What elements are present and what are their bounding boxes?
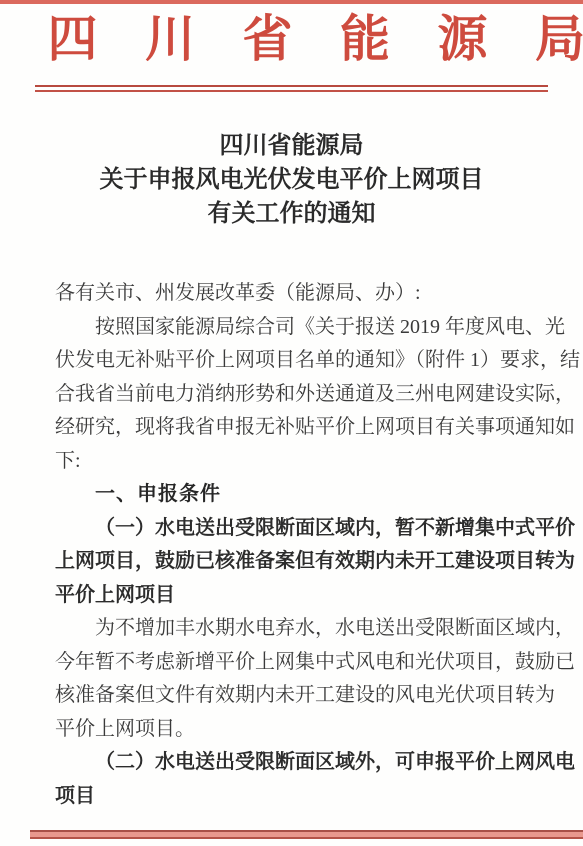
subsection-1-heading-line: 上网项目，鼓励已核准备案但有效期内未开工建设项目转为 bbox=[55, 545, 535, 579]
paragraph-line: 核准备案但文件有效期内未开工建设的风电光伏项目转为 bbox=[55, 679, 535, 713]
paragraph-line: 伏发电无补贴平价上网项目名单的通知》（附件 1）要求，结 bbox=[55, 344, 535, 378]
subsection-2-heading-line: 项目 bbox=[55, 780, 535, 814]
document-body: 各有关市、州发展改革委（能源局、办）: 按照国家能源局综合司《关于报送 2019… bbox=[55, 277, 535, 813]
document-title: 四川省能源局 关于申报风电光伏发电平价上网项目 有关工作的通知 bbox=[0, 129, 583, 231]
top-edge-red-strip bbox=[0, 0, 583, 4]
document-title-line-1: 四川省能源局 bbox=[0, 129, 583, 163]
section-heading: 一、申报条件 bbox=[55, 478, 535, 512]
subsection-1-heading-line: （一）水电送出受限断面区域内，暂不新增集中式平价 bbox=[55, 512, 535, 546]
paragraph-line: 按照国家能源局综合司《关于报送 2019 年度风电、光 bbox=[55, 311, 535, 345]
official-document-page: 四川省能源局 四川省能源局 关于申报风电光伏发电平价上网项目 有关工作的通知 各… bbox=[0, 0, 583, 846]
paragraph-line: 经研究，现将我省申报无补贴平价上网项目有关事项通知如 bbox=[55, 411, 535, 445]
paragraph-line: 今年暂不考虑新增平价上网集中式风电和光伏项目，鼓励已 bbox=[55, 646, 535, 680]
salutation-line: 各有关市、州发展改革委（能源局、办）: bbox=[55, 277, 535, 311]
document-title-line-3: 有关工作的通知 bbox=[0, 197, 583, 231]
subsection-1-heading-line: 平价上网项目 bbox=[55, 579, 535, 613]
paragraph-line: 平价上网项目。 bbox=[55, 713, 535, 747]
document-title-line-2: 关于申报风电光伏发电平价上网项目 bbox=[0, 163, 583, 197]
letterhead-agency-name: 四川省能源局 bbox=[0, 8, 583, 70]
letterhead-double-rule bbox=[35, 85, 548, 92]
subsection-2-heading-line: （二）水电送出受限断面区域外，可申报平价上网风电 bbox=[55, 746, 535, 780]
paragraph-line: 为不增加丰水期水电弃水，水电送出受限断面区域内， bbox=[55, 612, 535, 646]
paragraph-line: 下: bbox=[55, 445, 535, 479]
page-bottom-red-line bbox=[30, 830, 583, 839]
paragraph-line: 合我省当前电力消纳形势和外送通道及三州电网建设实际， bbox=[55, 378, 535, 412]
